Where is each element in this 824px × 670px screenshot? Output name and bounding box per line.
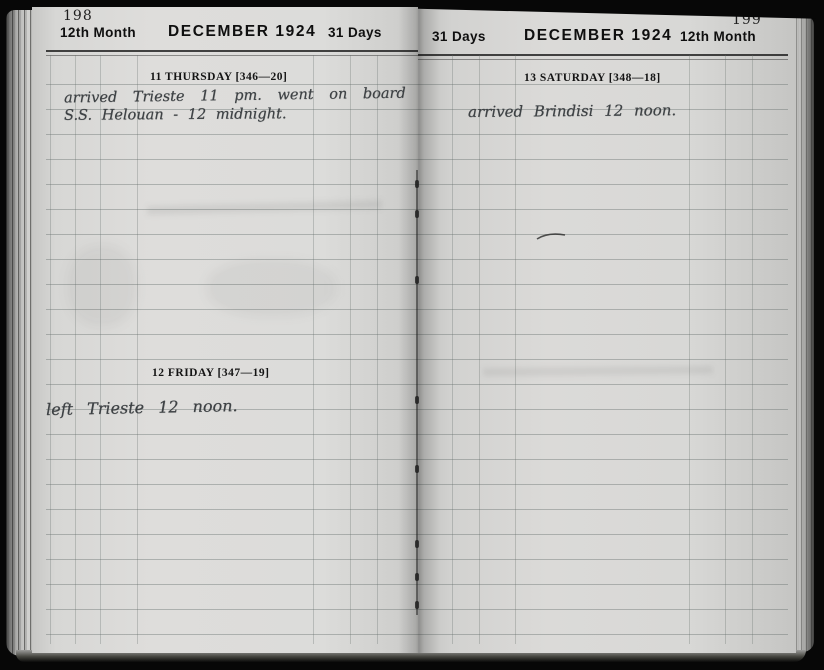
diary-scan: 198 12th Month DECEMBER 1924 31 Days 11 …: [0, 0, 824, 670]
month-label: 12th Month: [60, 25, 136, 40]
column-rule: [75, 55, 76, 644]
page-stack-left-edge: [6, 10, 34, 656]
stitch-knot: [415, 601, 419, 609]
month-label: 12th Month: [680, 29, 756, 44]
day-header-thursday: 11 THURSDAY [346—20]: [150, 71, 287, 83]
stitch-knot: [415, 540, 419, 548]
column-rule: [50, 55, 51, 644]
handwritten-entry: arrived Brindisi 12 noon.: [468, 101, 676, 121]
column-rule: [689, 55, 690, 644]
handwritten-entry: left Trieste 12 noon.: [46, 396, 238, 419]
page-stack-right-edge: [794, 16, 814, 652]
column-rule: [377, 55, 378, 644]
right-page: 199 31 Days DECEMBER 1924 12th Month 13 …: [418, 7, 796, 653]
left-page: 198 12th Month DECEMBER 1924 31 Days 11 …: [32, 7, 418, 653]
column-rule: [350, 55, 351, 644]
binding-stitch-thread: [416, 170, 418, 615]
stitch-knot: [415, 180, 419, 188]
column-rule: [452, 55, 453, 644]
column-rule: [313, 55, 314, 644]
page-number: 198: [63, 8, 93, 24]
page-title: DECEMBER 1924: [168, 23, 316, 41]
header-divider-rule: [418, 54, 788, 60]
day-header-friday: 12 FRIDAY [347—19]: [152, 367, 269, 379]
header-divider-rule: [46, 50, 418, 56]
ruled-lines: [418, 84, 788, 644]
page-title: DECEMBER 1924: [524, 27, 672, 45]
stray-ink-mark: [536, 230, 568, 242]
stitch-knot: [415, 573, 419, 581]
stitch-knot: [415, 396, 419, 404]
column-rule: [752, 55, 753, 644]
stitch-knot: [415, 276, 419, 284]
column-rule: [137, 55, 138, 644]
days-label: 31 Days: [432, 29, 486, 44]
column-rule: [100, 55, 101, 644]
days-label: 31 Days: [328, 25, 382, 40]
stitch-knot: [415, 210, 419, 218]
stitch-knot: [415, 465, 419, 473]
column-rule: [725, 55, 726, 644]
column-rule: [479, 55, 480, 644]
handwritten-entry: S.S. Helouan - 12 midnight.: [64, 106, 287, 124]
ruled-lines: [46, 84, 418, 644]
day-header-saturday: 13 SATURDAY [348—18]: [524, 72, 661, 84]
column-rule: [515, 55, 516, 644]
